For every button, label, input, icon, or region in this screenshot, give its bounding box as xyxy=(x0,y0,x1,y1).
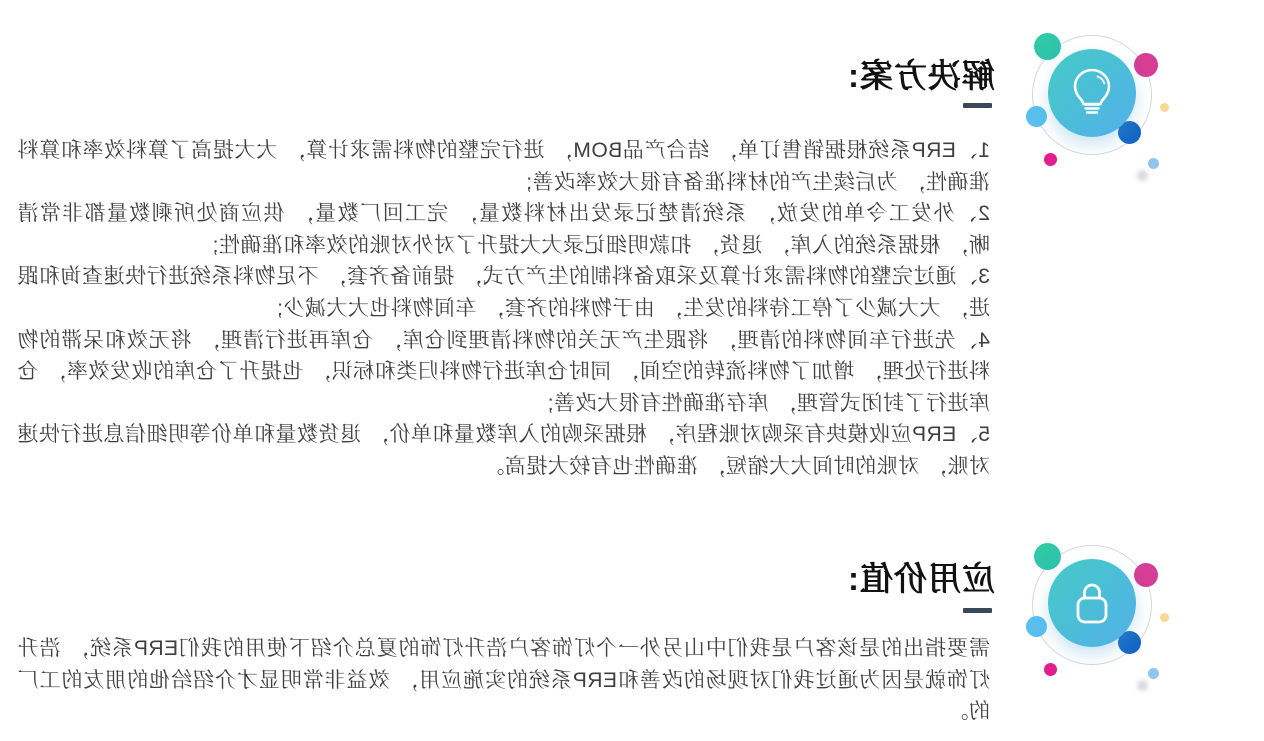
value-icon-badge xyxy=(1022,535,1170,693)
solution-item-1: 1、ERP系统根据销售订单， 结合产品BOM， 进行完整的物料需求计算， 大大提… xyxy=(17,135,990,198)
small-magenta-dot xyxy=(1044,663,1057,676)
value-item-1: 需要指出的是该客户是我们中山另外一个灯饰客户浩升灯饰的夏总介绍下使用的我们ERP… xyxy=(17,633,990,728)
value-paragraphs: 需要指出的是该客户是我们中山另外一个灯饰客户浩升灯饰的夏总介绍下使用的我们ERP… xyxy=(17,633,990,728)
solution-item-5: 5、ERP应收模块有采购对账程序， 根据采购的入库数量和单价， 退货数量和单价等… xyxy=(17,419,990,482)
teal-dot xyxy=(1034,33,1061,60)
pale-yellow-dot xyxy=(1160,103,1169,112)
solution-icon-badge xyxy=(1022,25,1170,183)
solution-item-2: 2、外发工令单的发放， 系统清楚记录发出材料数量， 完工回厂数量， 供应商处所剩… xyxy=(17,198,990,261)
gradient-circle xyxy=(1048,559,1136,647)
title-underline-bar xyxy=(963,608,992,613)
lightbulb-icon xyxy=(1070,68,1114,118)
shadow-dot xyxy=(1137,170,1148,181)
magenta-dot xyxy=(1134,563,1158,587)
small-magenta-dot xyxy=(1044,153,1057,166)
solution-paragraphs: 1、ERP系统根据销售订单， 结合产品BOM， 进行完整的物料需求计算， 大大提… xyxy=(17,135,990,483)
sky-blue-dot xyxy=(1026,106,1047,127)
magenta-dot xyxy=(1134,53,1158,77)
value-section-title: 应用价值: xyxy=(847,553,995,600)
small-pale-blue-dot xyxy=(1148,158,1159,169)
sky-blue-dot xyxy=(1026,616,1047,637)
lock-icon xyxy=(1072,580,1112,626)
teal-dot xyxy=(1034,543,1061,570)
gradient-circle xyxy=(1048,49,1136,137)
pale-yellow-dot xyxy=(1160,613,1169,622)
page-mirror-root: 解决方案: 1、ERP系统根据销售订单， 结合产品BOM， 进行完整的物料需求计… xyxy=(0,0,1264,741)
shadow-dot xyxy=(1137,680,1148,691)
title-underline-bar xyxy=(963,103,992,108)
solution-section-title: 解决方案: xyxy=(847,50,995,97)
solution-item-4: 4、先进行车间物料的清理， 将跟生产无关的物料清理到仓库， 仓库再进行清理， 将… xyxy=(17,325,990,420)
small-pale-blue-dot xyxy=(1148,668,1159,679)
solution-item-3: 3、通过完整的物料需求计算及采取备料制的生产方式， 提前备齐套， 不足物料系统进… xyxy=(17,261,990,324)
